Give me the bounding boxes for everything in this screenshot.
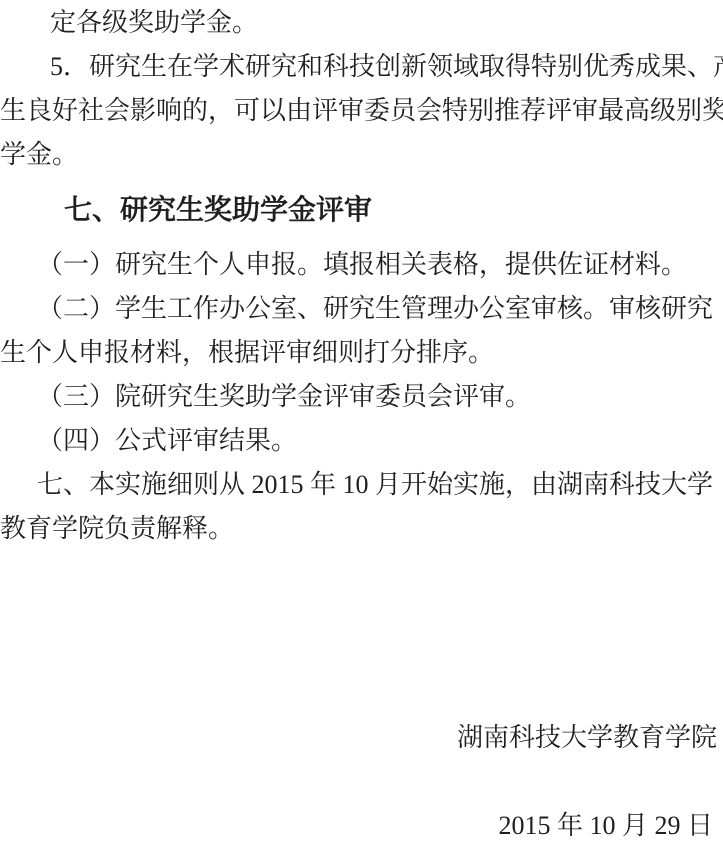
section-heading: 七、研究生奖助学金评审 bbox=[0, 188, 723, 232]
closing-paragraph-line-1: 七、本实施细则从 2015 年 10 月开始实施，由湖南科技大学 bbox=[0, 463, 723, 507]
list-item-5-line-2: 生良好社会影响的，可以由评审委员会特别推荐评审最高级别奖 bbox=[0, 89, 723, 133]
document-body: 定各级奖助学金。 5．研究生在学术研究和科技创新领域取得特别优秀成果、产 生良好… bbox=[0, 1, 723, 842]
list-item-1: （一）研究生个人申报。填报相关表格，提供佐证材料。 bbox=[0, 243, 723, 287]
list-item-4: （四）公式评审结果。 bbox=[0, 419, 723, 463]
signature-date: 2015 年 10 月 29 日 bbox=[0, 804, 723, 842]
signature-organization: 湖南科技大学教育学院 bbox=[0, 716, 723, 760]
list-item-2-line-1: （二）学生工作办公室、研究生管理办公室审核。审核研究 bbox=[0, 287, 723, 331]
list-item-3: （三）院研究生奖助学金评审委员会评审。 bbox=[0, 375, 723, 419]
document-page: 定各级奖助学金。 5．研究生在学术研究和科技创新领域取得特别优秀成果、产 生良好… bbox=[0, 0, 723, 842]
list-item-5-line-3: 学金。 bbox=[0, 133, 723, 177]
list-item-2-line-2: 生个人申报材料，根据评审细则打分排序。 bbox=[0, 331, 723, 375]
closing-paragraph-line-2: 教育学院负责解释。 bbox=[0, 507, 723, 551]
paragraph-line-tail: 定各级奖助学金。 bbox=[0, 1, 723, 45]
list-item-5-line-1: 5．研究生在学术研究和科技创新领域取得特别优秀成果、产 bbox=[0, 45, 723, 89]
